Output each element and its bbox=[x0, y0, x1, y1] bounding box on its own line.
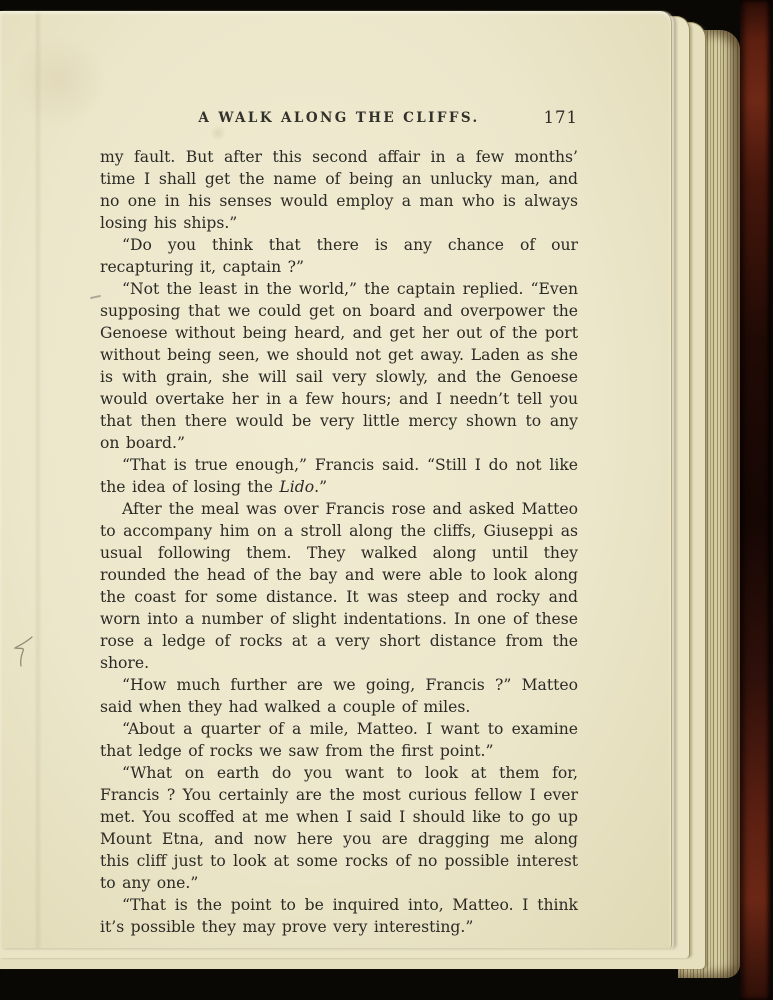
paragraph: “Not the least in the world,” the captai… bbox=[100, 278, 578, 454]
pencil-squiggle-mark bbox=[12, 635, 36, 669]
paragraph: After the meal was over Francis rose and… bbox=[100, 498, 578, 674]
paragraph: “About a quarter of a mile, Matteo. I wa… bbox=[100, 718, 578, 762]
paragraph: “That is the point to be inquired into, … bbox=[100, 894, 578, 938]
running-title: A WALK ALONG THE CLIFFS. bbox=[100, 110, 578, 126]
page-header: A WALK ALONG THE CLIFFS. 171 bbox=[100, 110, 578, 130]
paragraph: my fault. But after this second affair i… bbox=[100, 146, 578, 234]
paragraph: “That is true enough,” Francis said. “St… bbox=[100, 454, 578, 498]
book-photo-scene: A WALK ALONG THE CLIFFS. 171 my fault. B… bbox=[0, 0, 773, 1000]
text-block: my fault. But after this second affair i… bbox=[100, 146, 578, 938]
book-page: A WALK ALONG THE CLIFFS. 171 my fault. B… bbox=[0, 11, 672, 948]
paragraph: “What on earth do you want to look at th… bbox=[100, 762, 578, 894]
page-number: 171 bbox=[544, 108, 579, 127]
book-cover bbox=[740, 0, 771, 1000]
paragraph: “Do you think that there is any chance o… bbox=[100, 234, 578, 278]
paragraph: “How much further are we going, Francis … bbox=[100, 674, 578, 718]
